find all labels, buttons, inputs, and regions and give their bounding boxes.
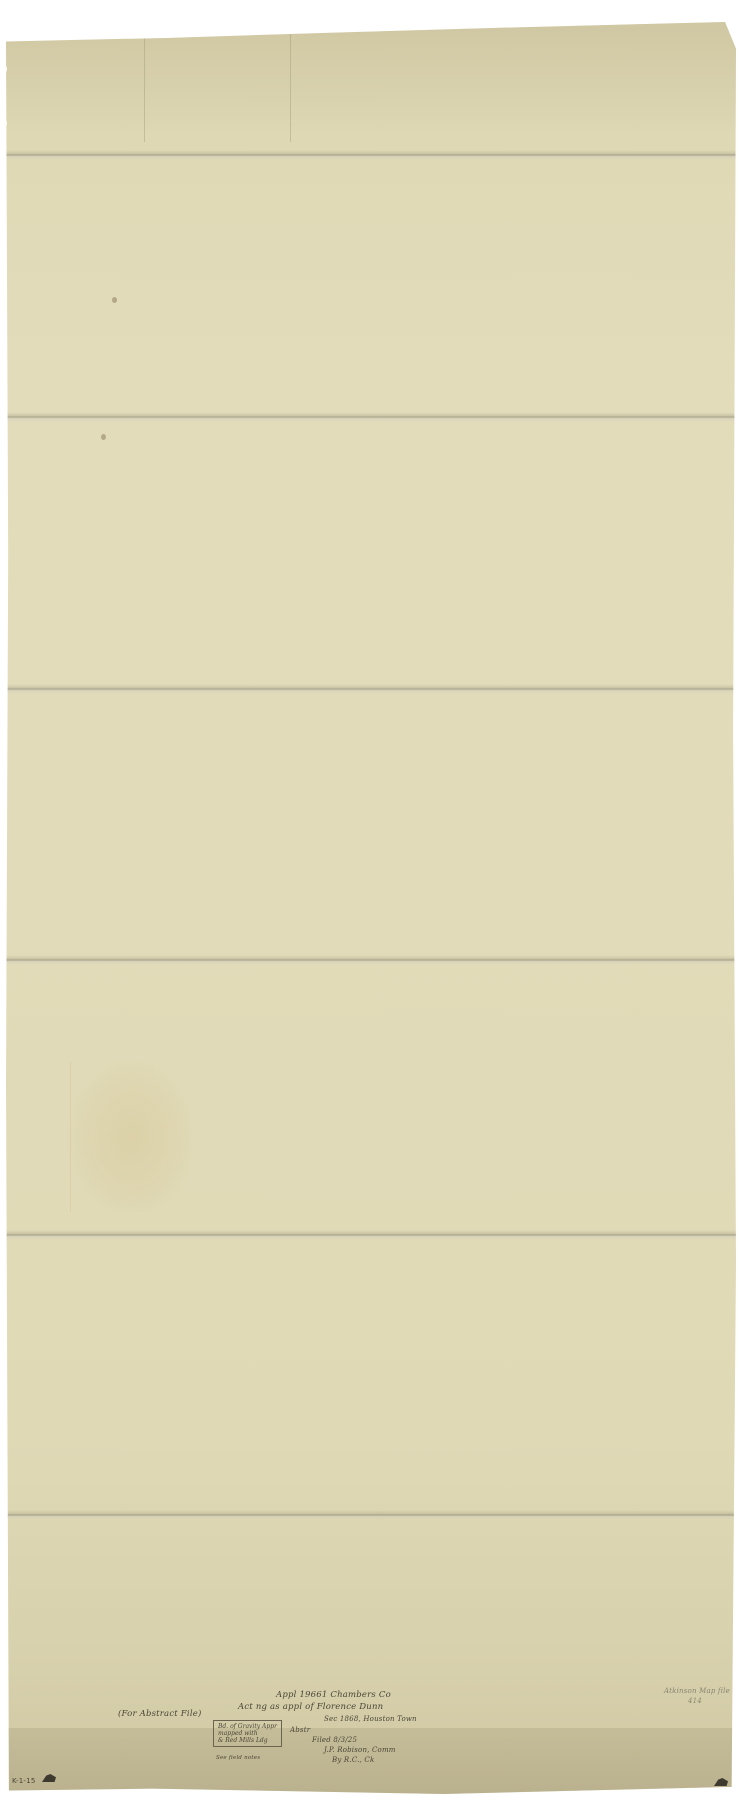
fold-line-5 — [6, 1230, 736, 1240]
scanned-document-sheet: (For Abstract File) Appl 19661 Chambers … — [6, 22, 736, 1794]
fold-line-1 — [6, 150, 736, 160]
water-stain — [70, 1062, 191, 1212]
boxed-note-line-1: Bd. of Gravity Appr — [218, 1723, 277, 1730]
fold-line-2 — [6, 412, 736, 422]
file-note: (For Abstract File) — [118, 1709, 201, 1719]
boxed-note: Bd. of Gravity Appr mapped with & Red Mi… — [213, 1720, 282, 1747]
right-note-line-2: 414 — [688, 1697, 702, 1705]
edge-tear — [0, 118, 7, 128]
right-note-line-1: Atkinson Map file — [664, 1687, 730, 1695]
fold-line-3 — [6, 684, 736, 694]
annotation-line-6: J.P. Robison, Comm — [324, 1746, 396, 1754]
annotation-line-3: Sec 1868, Houston Town — [324, 1715, 417, 1723]
annotation-line-4: Abstr — [290, 1726, 310, 1734]
under-box-note: See field notes — [216, 1755, 260, 1761]
ink-spot — [112, 297, 117, 303]
boxed-note-line-2: mapped with — [218, 1730, 277, 1737]
fold-line-6 — [6, 1510, 736, 1520]
faint-vertical-crease — [290, 22, 291, 142]
fold-line-4 — [6, 955, 736, 965]
annotation-line-1: Appl 19661 Chambers Co — [276, 1690, 391, 1700]
edge-tear — [0, 64, 7, 74]
catalog-number: K-1-15 — [12, 1777, 35, 1785]
boxed-note-line-3: & Red Mills Ldg — [218, 1737, 277, 1744]
faint-vertical-crease — [144, 22, 145, 142]
ink-spot — [101, 434, 106, 440]
annotation-line-5: Filed 8/3/25 — [312, 1736, 357, 1744]
edge-tear — [0, 1420, 7, 1430]
annotation-line-2: Act ng as appl of Florence Dunn — [238, 1702, 383, 1712]
annotation-line-7: By R.C., Ck — [332, 1756, 374, 1764]
top-edge-discoloration — [6, 22, 736, 132]
